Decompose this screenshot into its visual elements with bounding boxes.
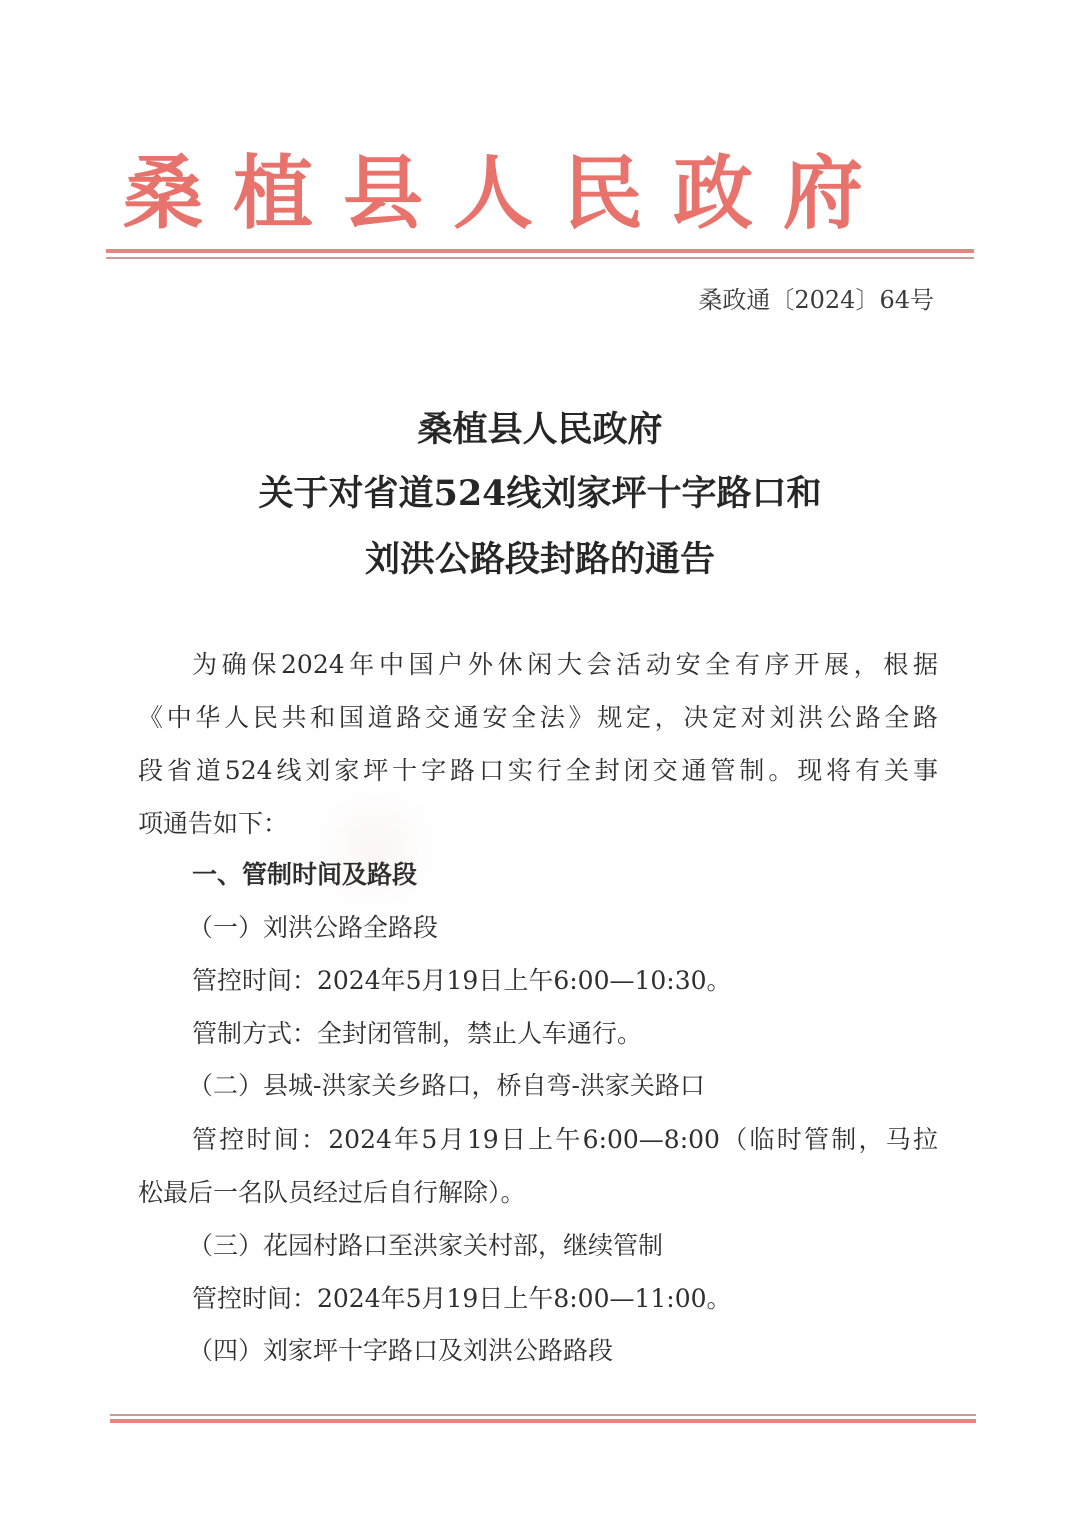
item-2-control-time: 管控时间：2024年5月19日上午6:00—8:00（临时管制，马拉 [192,1122,938,1158]
item-1-subheading: （一）刘洪公路全路段 [188,910,438,946]
footer-rule-thin [110,1414,976,1416]
intro-line-2: 《中华人民共和国道路交通安全法》规定，决定对刘洪公路全路 [138,700,938,736]
item-2-subheading: （二）县城-洪家关乡路口，桥自弯-洪家关路口 [188,1068,705,1104]
item-2-control-time-cont: 松最后一名队员经过后自行解除）。 [138,1175,526,1211]
intro-line-1: 为确保2024年中国户外休闲大会活动安全有序开展，根据 [192,647,938,683]
header-rule-thin [106,257,974,259]
masthead-title: 桑植县人民政府 [108,148,908,238]
item-1-control-time: 管控时间：2024年5月19日上午6:00—10:30。 [192,963,732,999]
notice-title-line-1: 桑植县人民政府 [100,408,980,452]
item-3-control-time: 管控时间：2024年5月19日上午8:00—11:00。 [192,1281,732,1317]
section-1-heading: 一、管制时间及路段 [192,857,417,893]
intro-line-4: 项通告如下： [138,806,938,842]
item-4-subheading: （四）刘家坪十字路口及刘洪公路路段 [188,1333,613,1369]
footer-rule-thick [110,1419,976,1423]
notice-title-line-2: 关于对省道524线刘家坪十字路口和 [100,472,980,516]
notice-title-line-3: 刘洪公路段封路的通告 [100,538,980,582]
header-rule-thick [106,249,974,253]
intro-line-3: 段省道524线刘家坪十字路口实行全封闭交通管制。现将有关事 [138,753,938,789]
item-1-control-method: 管制方式：全封闭管制，禁止人车通行。 [192,1016,642,1052]
document-number: 桑政通〔2024〕64号 [698,282,934,318]
item-3-subheading: （三）花园村路口至洪家关村部，继续管制 [188,1228,663,1264]
